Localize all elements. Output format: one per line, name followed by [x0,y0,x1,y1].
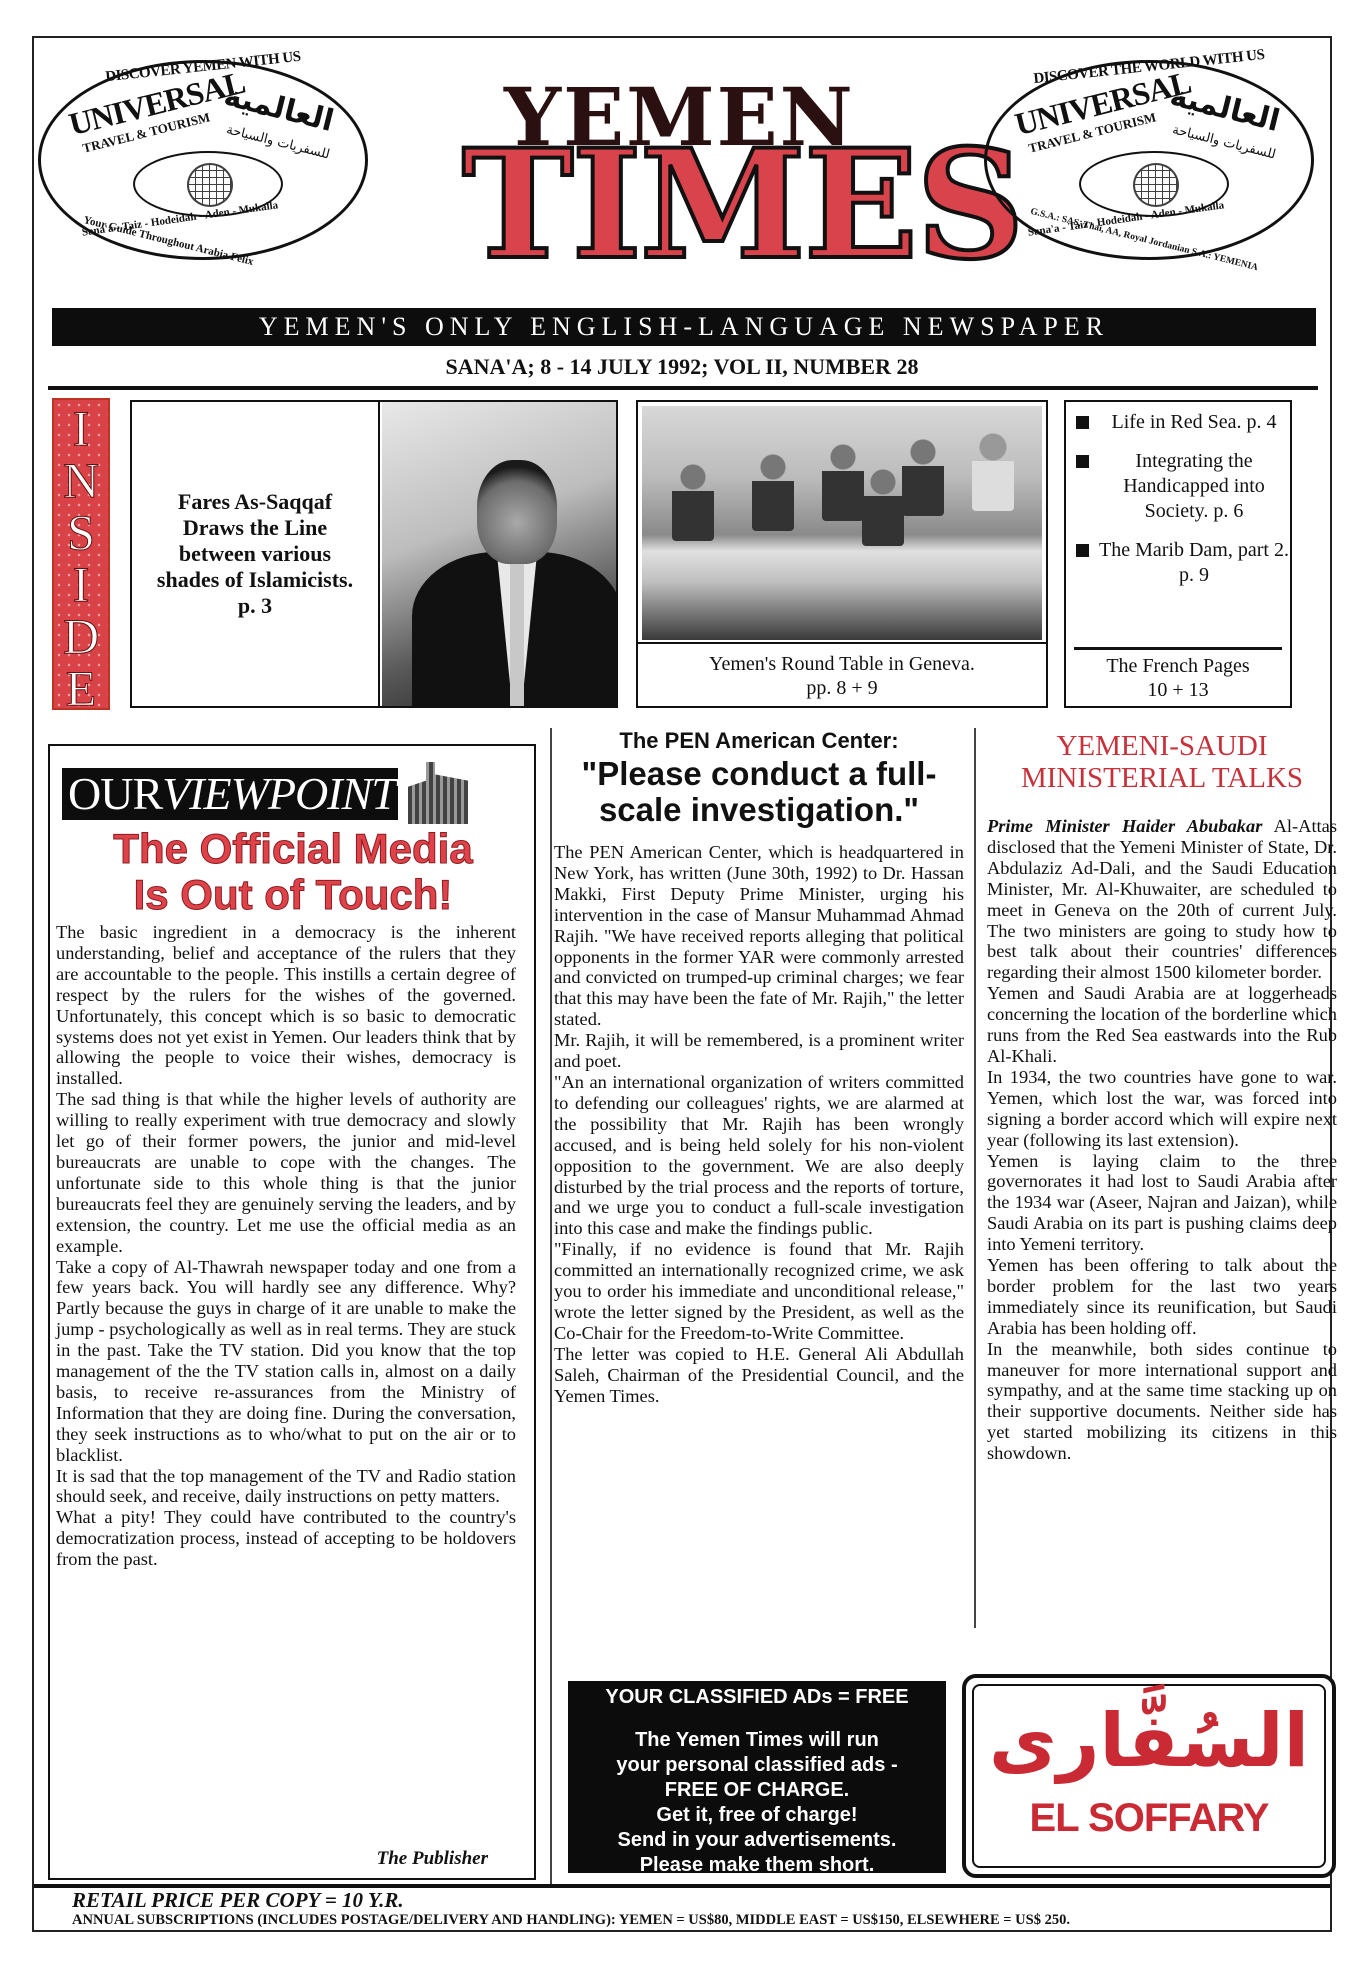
square-bullet-icon [1076,544,1089,557]
column-divider [974,728,976,1628]
el-soffary-ad[interactable]: السُفَّارى EL SOFFARY [962,1674,1336,1878]
inside-teaser-saqqaf[interactable]: Fares As-Saqqaf Draws the Line between v… [130,400,618,708]
inside-teaser-list: Life in Red Sea. p. 4 Integrating the Ha… [1064,400,1292,708]
masthead-title-times: TIMES [462,130,1022,280]
classified-title: YOUR CLASSIFIED ADs = FREE [568,1685,946,1710]
soffary-english: EL SOFFARY [974,1796,1324,1840]
globe-icon [187,163,233,207]
dateline: SANA'A; 8 - 14 JULY 1992; VOL II, NUMBER… [34,354,1330,380]
editorial-body: The basic ingredient in a democracy is t… [56,922,516,1570]
building-icon [408,762,468,824]
editorial-signature: The Publisher [377,1848,488,1870]
editorial-headline: The Official Media Is Out of Touch! [60,826,526,918]
square-bullet-icon [1076,416,1089,429]
teaser-text: Fares As-Saqqaf Draws the Line between v… [132,402,380,706]
classified-ads-promo[interactable]: YOUR CLASSIFIED ADs = FREE The Yemen Tim… [568,1681,946,1873]
teaser-french-pages[interactable]: The French Pages 10 + 13 [1074,647,1282,702]
divider [48,386,1318,390]
column-divider [550,728,552,1884]
universal-travel-ad-right: DISCOVER THE WORLD WITH US UNIVERSAL TRA… [984,60,1314,260]
teaser-item-red-sea[interactable]: Life in Red Sea. p. 4 [1066,410,1290,435]
meeting-photo [642,406,1042,640]
teaser-item-handicapped[interactable]: Integrating the Handicapped into Society… [1066,449,1290,524]
soffary-arabic: السُفَّارى [974,1686,1324,1796]
globe-icon [1133,163,1179,207]
article-headline: "Please conduct a full-scale investigati… [554,756,964,828]
article-headline: YEMENI-SAUDI MINISTERIAL TALKS [987,730,1337,794]
inside-label: I N S I D E [52,398,110,710]
viewpoint-banner: OURVIEWPOINT [62,768,398,820]
subscription-rates: ANNUAL SUBSCRIPTIONS (INCLUDES POSTAGE/D… [72,1912,1070,1929]
article-kicker: The PEN American Center: [554,728,964,754]
article-body: Prime Minister Haider Abubakar Al-Attas … [987,816,1337,1464]
inside-teaser-geneva[interactable]: Yemen's Round Table in Geneva. pp. 8 + 9 [636,400,1048,708]
universal-travel-ad-left: DISCOVER YEMEN WITH US UNIVERSAL TRAVEL … [38,60,368,260]
portrait-photo [382,402,616,706]
teaser-item-marib-dam[interactable]: The Marib Dam, part 2. p. 9 [1066,538,1290,588]
retail-price: RETAIL PRICE PER COPY = 10 Y.R. [72,1888,404,1913]
masthead-tagline: YEMEN'S ONLY ENGLISH-LANGUAGE NEWSPAPER [52,308,1316,346]
newspaper-front-page: DISCOVER YEMEN WITH US UNIVERSAL TRAVEL … [32,36,1332,1932]
article-body: The PEN American Center, which is headqu… [554,842,964,1406]
photo-caption: Yemen's Round Table in Geneva. pp. 8 + 9 [638,642,1046,706]
editorial-viewpoint: OURVIEWPOINT The Official Media Is Out o… [48,744,536,1880]
article-pen-center: The PEN American Center: "Please conduct… [554,728,964,1406]
square-bullet-icon [1076,455,1089,468]
article-yemeni-saudi-talks: YEMENI-SAUDI MINISTERIAL TALKS Prime Min… [987,730,1337,1464]
